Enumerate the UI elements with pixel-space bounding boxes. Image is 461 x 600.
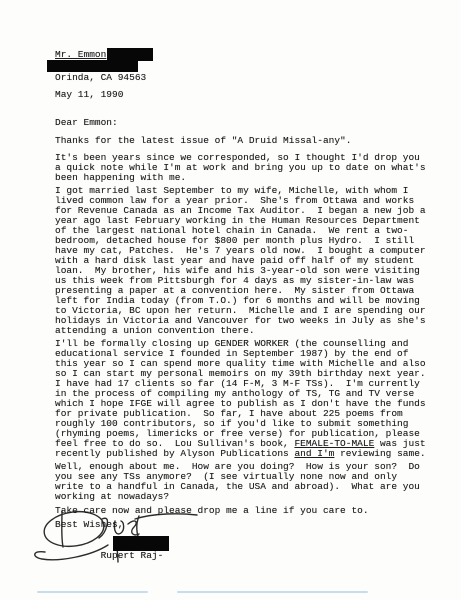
paragraph-thanks: Thanks for the latest issue of "A Druid … xyxy=(55,136,447,146)
scanned-letter: Mr. Emmon Orinda, CA 94563 May 11, 1990 … xyxy=(0,0,461,600)
scan-artifact-line-left xyxy=(37,591,148,593)
salutation: Dear Emmon: xyxy=(55,118,447,128)
date-line: May 11, 1990 xyxy=(55,90,447,100)
paragraph-gender-worker: I'll be formally closing up GENDER WORKE… xyxy=(55,339,447,459)
recipient-block: Mr. Emmon Orinda, CA 94563 xyxy=(55,48,447,81)
paragraph-life-update: I got married last September to my wife,… xyxy=(55,186,447,336)
redaction-bar-street-address xyxy=(47,60,138,72)
scan-artifact-line-right xyxy=(177,591,368,593)
redaction-bar-sender-surname xyxy=(113,536,169,551)
paragraph-intro: It's been years since we corresponded, s… xyxy=(55,153,447,183)
paragraph-questions: Well, enough about me. How are you doing… xyxy=(55,462,447,502)
paragraph-take-care: Take care now and please drop me a line … xyxy=(55,506,447,516)
closing-block: Best Wishes, Rupert Raj- xyxy=(55,520,447,581)
p4-text-after: reviewing same. xyxy=(334,448,425,459)
letter-body: Mr. Emmon Orinda, CA 94563 May 11, 1990 … xyxy=(55,48,447,581)
sender-name-row: Rupert Raj- xyxy=(55,541,447,581)
p4-underlined-phrase: and I'm xyxy=(294,448,334,459)
recipient-city-state-zip: Orinda, CA 94563 xyxy=(55,73,146,83)
recipient-name: Mr. Emmon xyxy=(55,50,106,60)
closing-salutation: Best Wishes, xyxy=(55,520,447,530)
sender-name: Rupert Raj- xyxy=(101,550,164,561)
p4-text-before: I'll be formally closing up GENDER WORKE… xyxy=(55,338,426,449)
